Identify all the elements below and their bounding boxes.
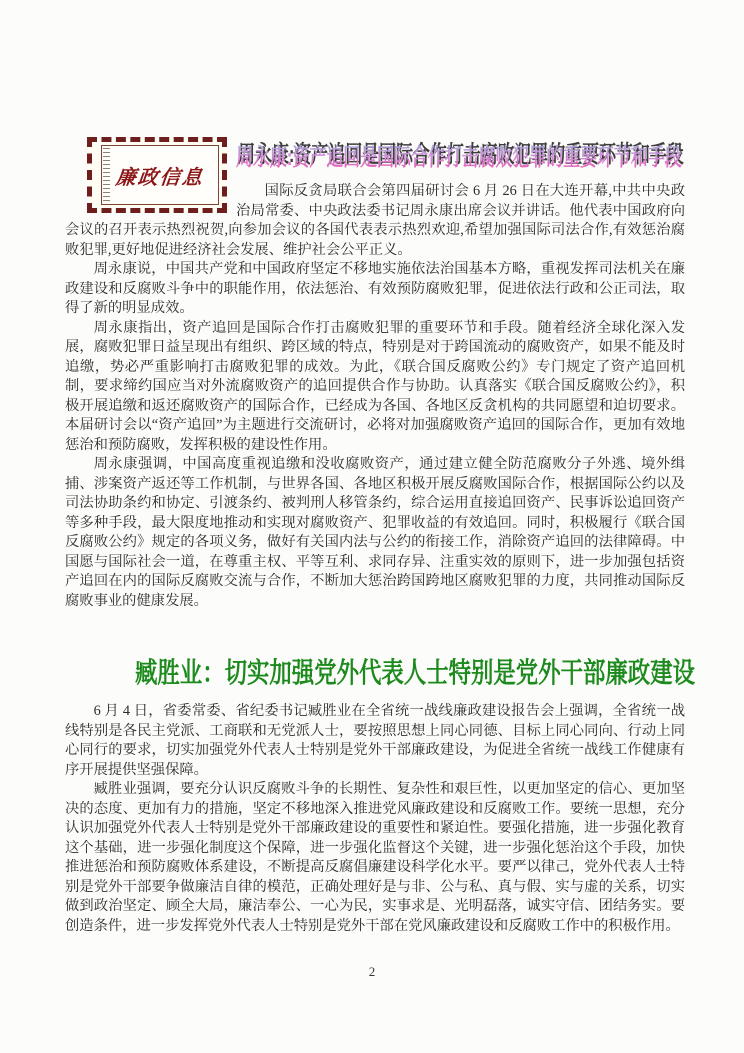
article2-paragraph-2: 臧胜业强调，要充分认识反腐败斗争的长期性、复杂性和艰巨性，以更加坚定的信心、更加… [65,780,685,936]
article2-title-row: 臧胜业：切实加强党外代表人士特别是党外干部廉政建设 [65,654,685,692]
stamp-inner-panel: 廉政信息 [101,145,219,205]
article2-paragraph-1: 6 月 4 日，省委常委、省纪委书记臧胜业在全省统一战线廉政建设报告会上强调，全… [65,702,685,780]
article1-title-text: 周永康:资产追回是国际合作打击腐败犯罪的重要环节和手段 [236,144,682,170]
article1-paragraph-4: 周永康强调，中国高度重视追缴和没收腐败资产，通过建立健全防范腐败分子外逃、境外缉… [65,455,685,611]
article1-paragraph-3: 周永康指出，资产追回是国际合作打击腐败犯罪的重要环节和手段。随着经济全球化深入发… [65,319,685,456]
article1-paragraph-2: 周永康说，中国共产党和中国政府坚定不移地实施依法治国基本方略，重视发挥司法机关在… [65,260,685,319]
spiral-binding-decoration [103,148,110,202]
article2-title: 臧胜业：切实加强党外代表人士特别是党外干部廉政建设 [135,654,695,692]
page-content: 廉政信息 周永康:资产追回是国际合作打击腐败犯罪的重要环节和手段 周永康:资产追… [65,135,685,936]
stamp-text: 廉政信息 [114,161,205,190]
article1-title: 周永康:资产追回是国际合作打击腐败犯罪的重要环节和手段 周永康:资产追回是国际合… [236,135,685,179]
page-number: 2 [0,964,744,980]
document-page: 廉政信息 周永康:资产追回是国际合作打击腐败犯罪的重要环节和手段 周永康:资产追… [0,0,744,1053]
article1-title-wordart: 周永康:资产追回是国际合作打击腐败犯罪的重要环节和手段 周永康:资产追回是国际合… [236,135,682,179]
lianzheng-xinxi-stamp: 廉政信息 [87,137,227,213]
